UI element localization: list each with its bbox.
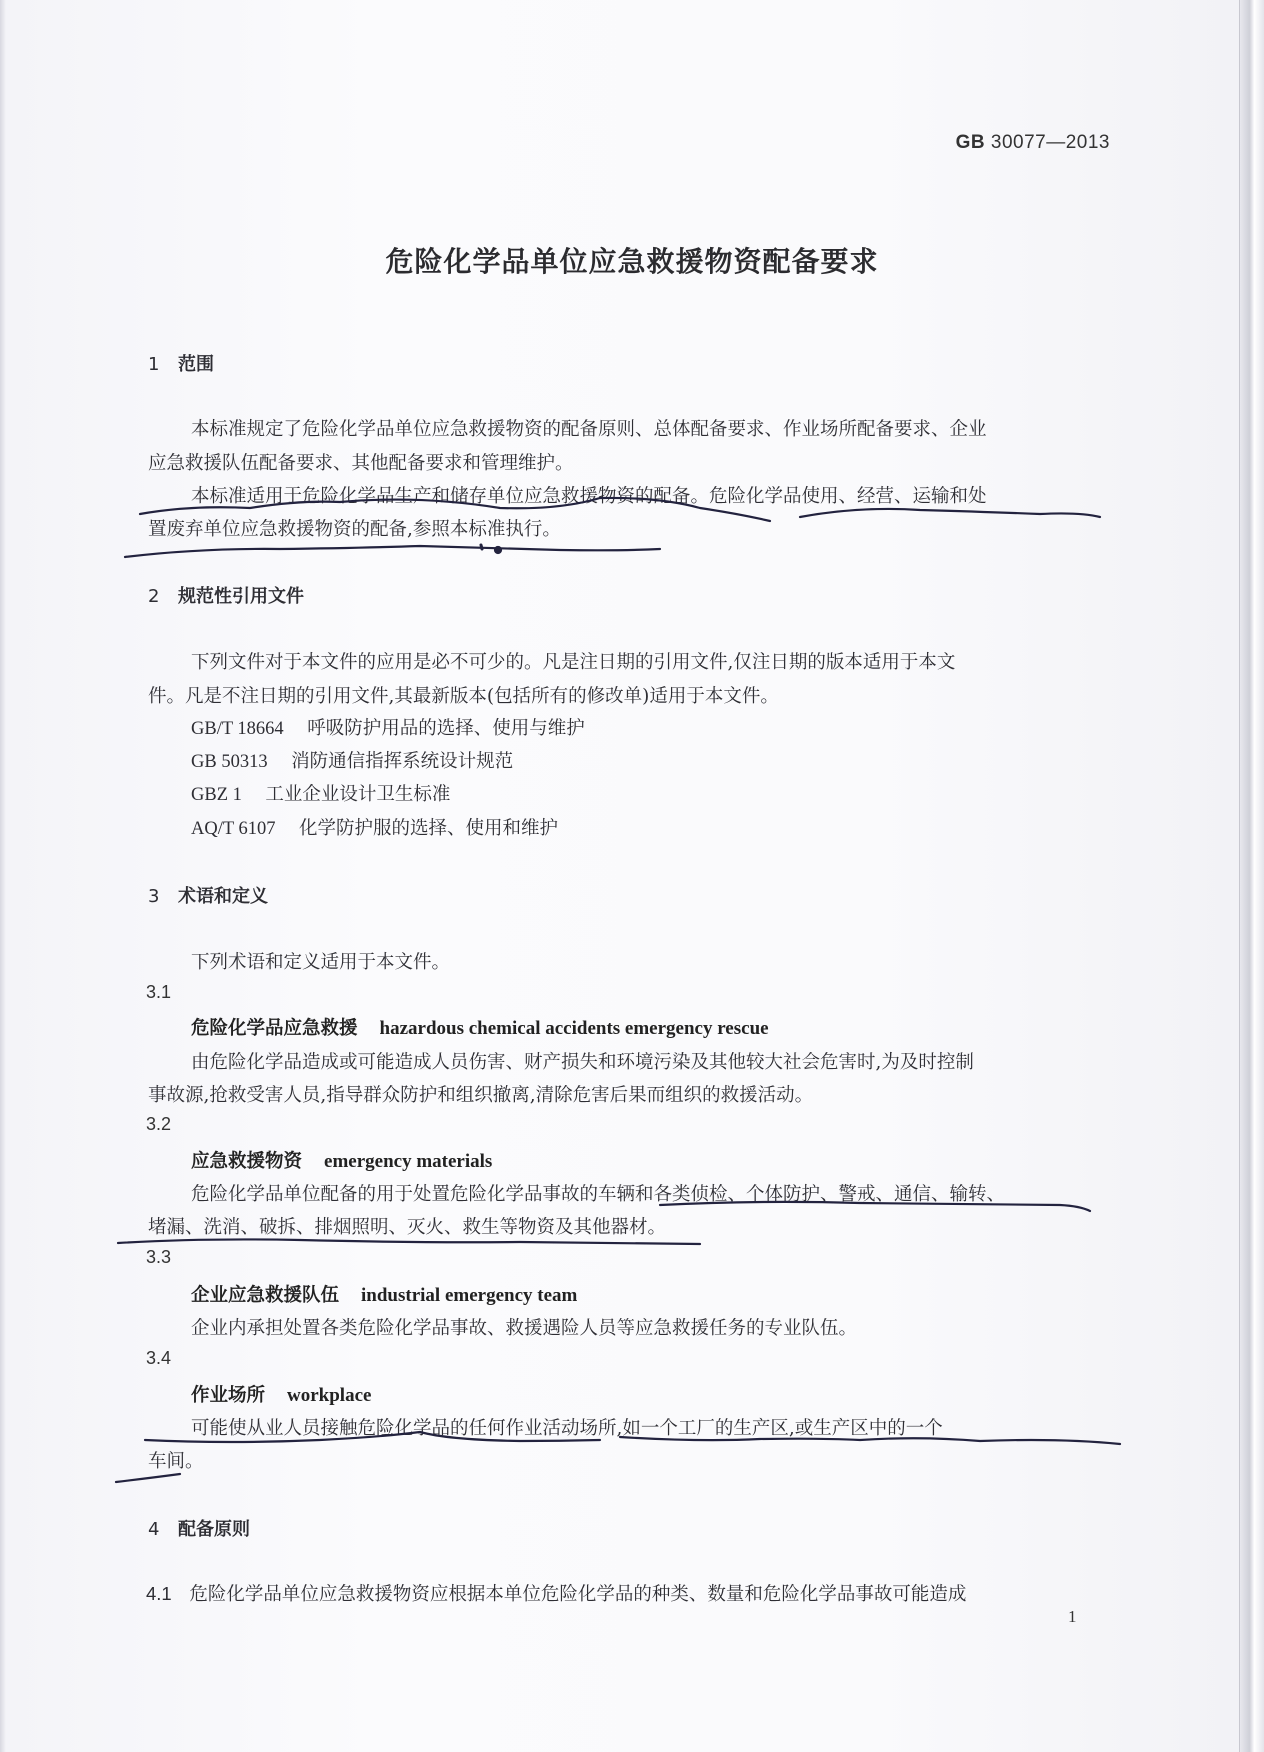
reference-item: GB/T 18664 呼吸防护用品的选择、使用与维护: [191, 714, 585, 740]
s1-para2-line2: 置废弃单位应急救援物资的配备,参照本标准执行。: [148, 515, 561, 541]
document-title: 危险化学品单位应急救援物资配备要求: [0, 240, 1264, 280]
term-definition-line2: 事故源,抢救受害人员,指导群众防护和组织撤离,清除危害后果而组织的救援活动。: [148, 1081, 813, 1107]
standard-number: GB 30077—2013: [956, 132, 1110, 154]
reference-title: 呼吸防护用品的选择、使用与维护: [307, 718, 585, 739]
reference-title: 消防通信指挥系统设计规范: [291, 751, 513, 772]
clause-4-1: 4.1 危险化学品单位应急救援物资应根据本单位危险化学品的种类、数量和危险化学品…: [146, 1580, 966, 1606]
section-title: 配备原则: [178, 1519, 250, 1540]
reference-code: AQ/T 6107: [191, 819, 275, 839]
term-heading: 应急救援物资emergency materials: [191, 1147, 492, 1173]
term-definition-line1: 企业内承担处置各类危险化学品事故、救援遇险人员等应急救援任务的专业队伍。: [191, 1314, 857, 1340]
s1-para2-line1: 本标准适用于危险化学品生产和储存单位应急救援物资的配备。危险化学品使用、经营、运…: [191, 482, 987, 508]
reference-title: 工业企业设计卫生标准: [265, 784, 450, 805]
section-number: 1: [148, 354, 178, 375]
term-definition-line2: 堵漏、洗消、破拆、排烟照明、灭火、救生等物资及其他器材。: [148, 1213, 666, 1239]
s2-para-line1: 下列文件对于本文件的应用是必不可少的。凡是注日期的引用文件,仅注日期的版本适用于…: [191, 648, 955, 674]
reference-code: GB 50313: [191, 752, 268, 772]
reference-code: GB/T 18664: [191, 719, 284, 739]
clause-number: 4.1: [146, 1583, 172, 1604]
reference-item: AQ/T 6107 化学防护服的选择、使用和维护: [191, 814, 558, 840]
section-title: 范围: [178, 354, 214, 375]
reference-title: 化学防护服的选择、使用和维护: [299, 818, 558, 839]
term-en: hazardous chemical accidents emergency r…: [380, 1018, 769, 1039]
term-en: industrial emergency team: [361, 1285, 577, 1306]
term-zh: 作业场所: [191, 1385, 265, 1406]
term-definition-line1: 可能使从业人员接触危险化学品的任何作业活动场所,如一个工厂的生产区,或生产区中的…: [191, 1414, 943, 1440]
s1-para1-line1: 本标准规定了危险化学品单位应急救援物资的配备原则、总体配备要求、作业场所配备要求…: [191, 415, 987, 441]
term-heading: 作业场所workplace: [191, 1381, 371, 1407]
section-2-heading: 2规范性引用文件: [148, 582, 304, 608]
section-1-heading: 1范围: [148, 350, 214, 376]
term-definition-line1: 由危险化学品造成或可能造成人员伤害、财产损失和环境污染及其他较大社会危害时,为及…: [191, 1048, 974, 1074]
reference-item: GB 50313 消防通信指挥系统设计规范: [191, 747, 513, 773]
section-title: 规范性引用文件: [178, 586, 304, 607]
term-zh: 企业应急救援队伍: [191, 1285, 339, 1306]
clause-number: 3.4: [146, 1348, 171, 1369]
clause-number: 3.3: [146, 1247, 171, 1268]
clause-number: 3.2: [146, 1114, 171, 1135]
reference-code: GBZ 1: [191, 785, 242, 805]
standard-prefix: GB: [956, 132, 986, 153]
section-4-heading: 4配备原则: [148, 1515, 250, 1541]
standard-code: 30077—2013: [991, 132, 1110, 153]
section-number: 2: [148, 586, 178, 607]
term-heading: 企业应急救援队伍industrial emergency team: [191, 1281, 577, 1307]
section-title: 术语和定义: [178, 886, 268, 907]
clause-text: 危险化学品单位应急救援物资应根据本单位危险化学品的种类、数量和危险化学品事故可能…: [189, 1584, 966, 1605]
page-number: 1: [1068, 1607, 1077, 1627]
clause-number: 3.1: [146, 982, 171, 1003]
term-zh: 危险化学品应急救援: [191, 1018, 358, 1039]
section-number: 3: [148, 886, 178, 907]
term-zh: 应急救援物资: [191, 1151, 302, 1172]
term-en: emergency materials: [324, 1151, 492, 1172]
section-number: 4: [148, 1519, 178, 1540]
section-3-heading: 3术语和定义: [148, 882, 268, 908]
reference-item: GBZ 1 工业企业设计卫生标准: [191, 780, 450, 806]
term-heading: 危险化学品应急救援hazardous chemical accidents em…: [191, 1014, 769, 1040]
s2-para-line2: 件。凡是不注日期的引用文件,其最新版本(包括所有的修改单)适用于本文件。: [148, 682, 779, 708]
term-definition-line2: 车间。: [148, 1447, 204, 1473]
term-definition-line1: 危险化学品单位配备的用于处置危险化学品事故的车辆和各类侦检、个体防护、警戒、通信…: [191, 1180, 1005, 1206]
s3-intro: 下列术语和定义适用于本文件。: [191, 948, 450, 974]
term-en: workplace: [287, 1385, 371, 1406]
s1-para1-line2: 应急救援队伍配备要求、其他配备要求和管理维护。: [148, 449, 574, 475]
